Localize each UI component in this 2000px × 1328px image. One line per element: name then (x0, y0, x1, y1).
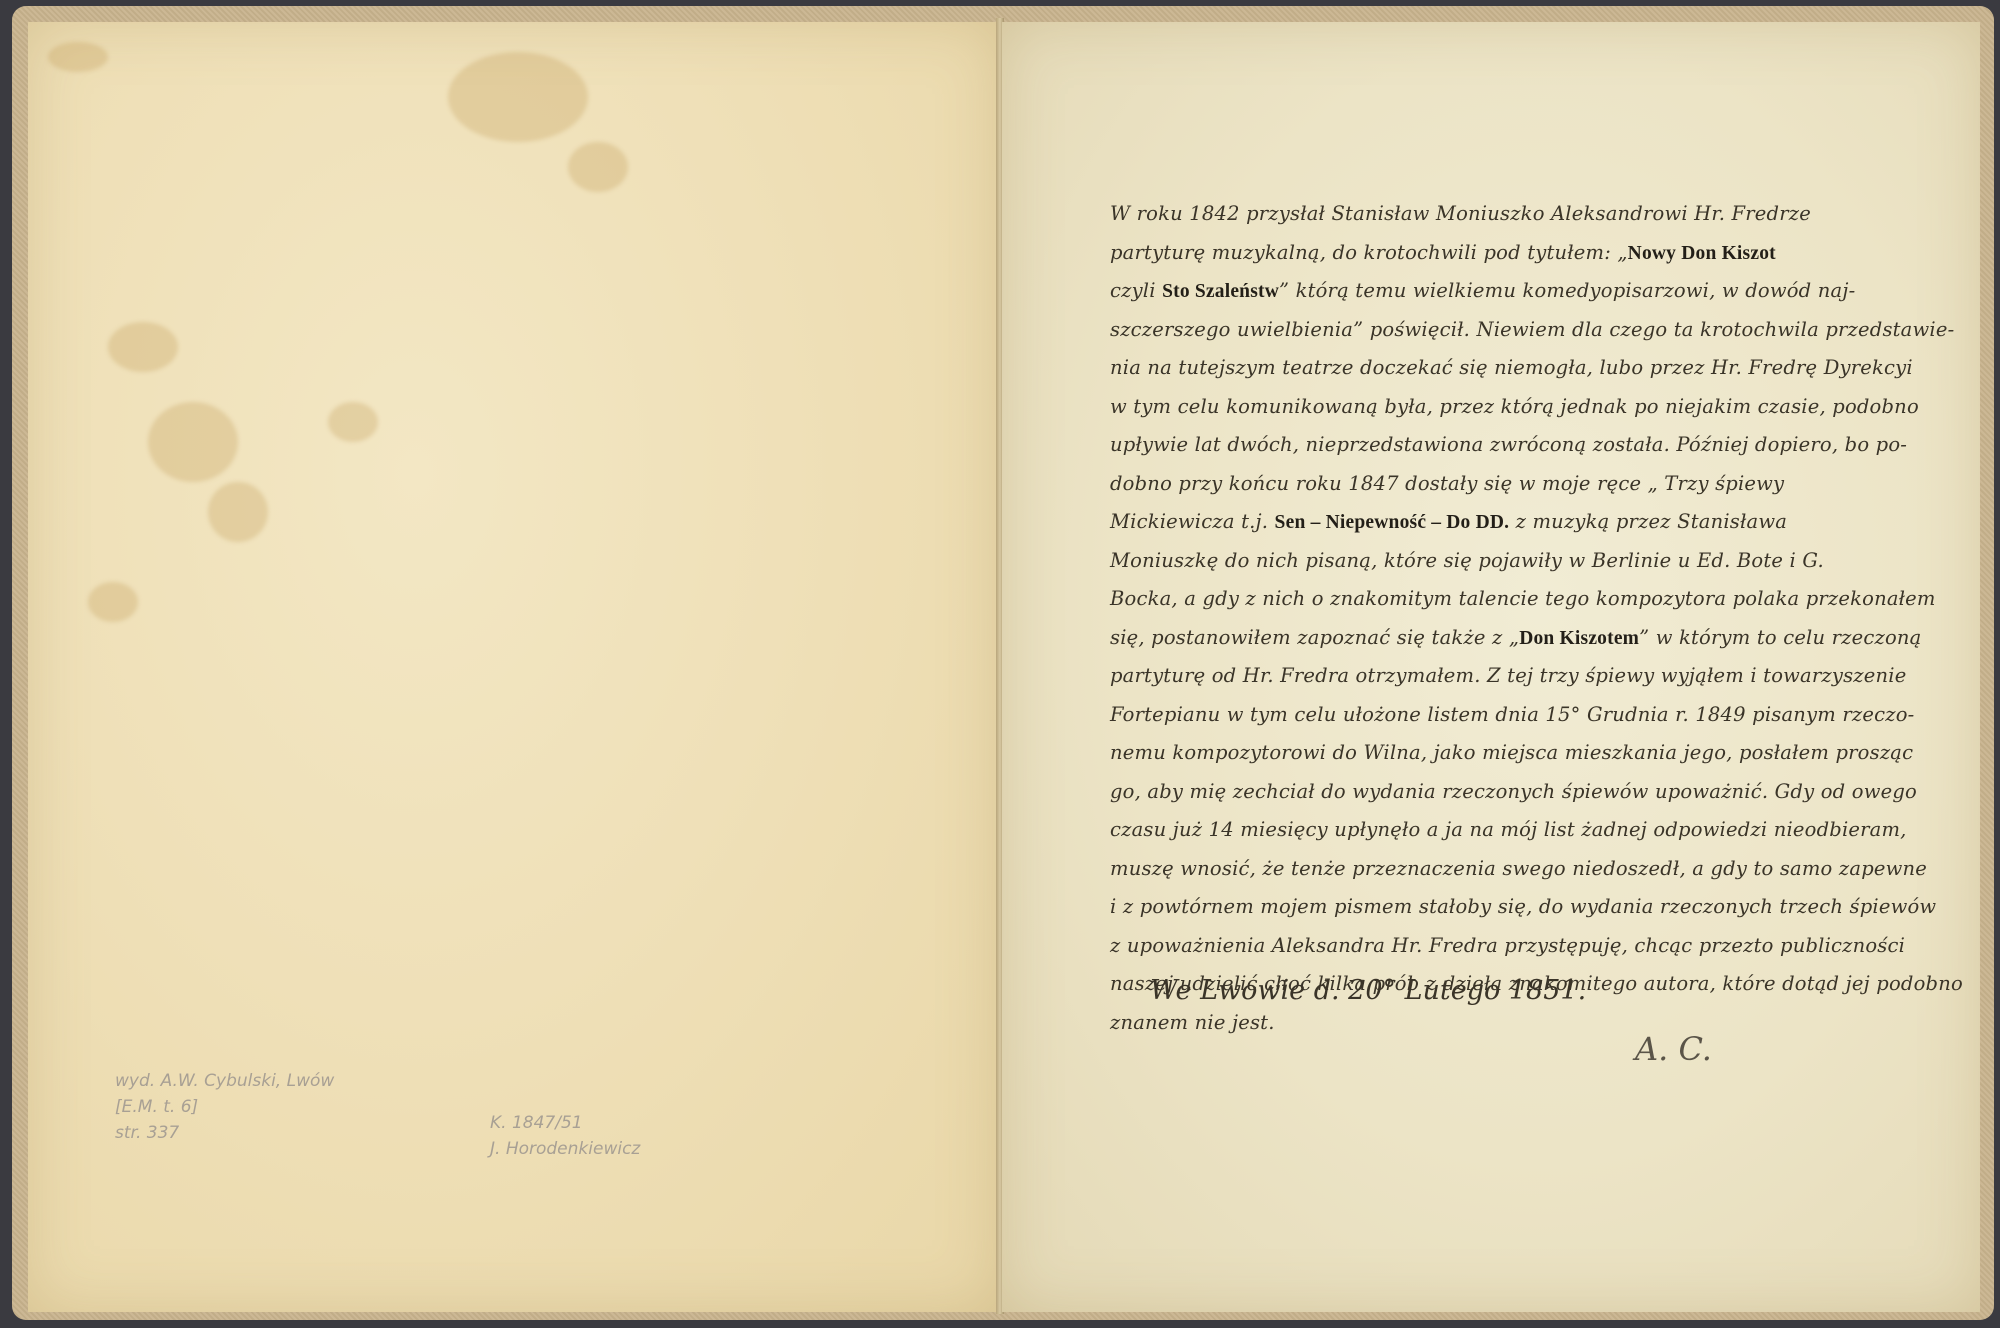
letter-line: się, postanowiłem zapoznać się także z „… (1110, 619, 1850, 658)
letter-title-emphasis: Don Kiszotem (1519, 628, 1639, 649)
letter-text: upływie lat dwóch, nieprzedstawiona zwró… (1110, 433, 1907, 456)
stain (448, 52, 588, 142)
stain (108, 322, 178, 372)
letter-text: muszę wnosić, że tenże przeznaczenia swe… (1110, 857, 1927, 880)
signature-initials: A. C. (1635, 1030, 1712, 1068)
letter-line: Mickiewicza t.j. Sen – Niepewność – Do D… (1110, 503, 1850, 542)
letter-text: i z powtórnem mojem pismem stałoby się, … (1110, 895, 1936, 918)
letter-text: ” w którym to celu rzeczoną (1639, 626, 1921, 649)
stain (568, 142, 628, 192)
letter-text: partyturę od Hr. Fredra otrzymałem. Z te… (1110, 664, 1906, 687)
stain (88, 582, 138, 622)
pencil-note-catalog: K. 1847/51 J. Horodenkiewicz (490, 1110, 640, 1162)
letter-body: W roku 1842 przysłał Stanisław Moniuszko… (1110, 195, 1850, 1042)
catalog-number: K. 1847/51 (490, 1110, 640, 1136)
letter-line: dobno przy końcu roku 1847 dostały się w… (1110, 465, 1850, 504)
letter-line: Fortepianu w tym celu ułożone listem dni… (1110, 696, 1850, 735)
letter-text: z upoważnienia Aleksandra Hr. Fredra prz… (1110, 934, 1905, 957)
letter-text: szczerszego uwielbienia” poświęcił. Niew… (1110, 318, 1954, 341)
letter-line: Bocka, a gdy z nich o znakomitym talenci… (1110, 580, 1850, 619)
letter-line: W roku 1842 przysłał Stanisław Moniuszko… (1110, 195, 1850, 234)
letter-line: czyli Sto Szaleństw” którą temu wielkiem… (1110, 272, 1850, 311)
place-date: We Lwowie d. 20° Lutego 1851. (1150, 975, 1586, 1006)
letter-text: Bocka, a gdy z nich o znakomitym talenci… (1110, 587, 1936, 610)
stain (148, 402, 238, 482)
letter-line: partyturę od Hr. Fredra otrzymałem. Z te… (1110, 657, 1850, 696)
letter-line: muszę wnosić, że tenże przeznaczenia swe… (1110, 850, 1850, 889)
catalog-author: J. Horodenkiewicz (490, 1136, 640, 1162)
letter-title-emphasis: Sto Szaleństw (1162, 281, 1279, 302)
letter-text: Mickiewicza t.j. (1110, 510, 1275, 533)
letter-text: dobno przy końcu roku 1847 dostały się w… (1110, 472, 1784, 495)
letter-line: go, aby mię zechciał do wydania rzeczony… (1110, 773, 1850, 812)
letter-text: w tym celu komunikowaną była, przez któr… (1110, 395, 1919, 418)
letter-text: nemu kompozytorowi do Wilna, jako miejsc… (1110, 741, 1913, 764)
pencil-note-line: wyd. A.W. Cybulski, Lwów (115, 1068, 334, 1094)
letter-line: nemu kompozytorowi do Wilna, jako miejsc… (1110, 734, 1850, 773)
letter-text: Moniuszkę do nich pisaną, które się poja… (1110, 549, 1824, 572)
stain (208, 482, 268, 542)
letter-line: upływie lat dwóch, nieprzedstawiona zwró… (1110, 426, 1850, 465)
letter-line: Moniuszkę do nich pisaną, które się poja… (1110, 542, 1850, 581)
letter-text: z muzyką przez Stanisława (1509, 510, 1787, 533)
letter-line: z upoważnienia Aleksandra Hr. Fredra prz… (1110, 927, 1850, 966)
stain (328, 402, 378, 442)
letter-line: szczerszego uwielbienia” poświęcił. Niew… (1110, 311, 1850, 350)
letter-line: czasu już 14 miesięcy upłynęło a ja na m… (1110, 811, 1850, 850)
letter-line: partyturę muzykalną, do krotochwili pod … (1110, 234, 1850, 273)
letter-text: znanem nie jest. (1110, 1011, 1275, 1034)
letter-text: W roku 1842 przysłał Stanisław Moniuszko… (1110, 202, 1811, 225)
letter-title-emphasis: Nowy Don Kiszot (1628, 243, 1776, 264)
pencil-note-publisher: wyd. A.W. Cybulski, Lwów [E.M. t. 6] str… (115, 1068, 334, 1146)
letter-line: w tym celu komunikowaną była, przez któr… (1110, 388, 1850, 427)
letter-text: partyturę muzykalną, do krotochwili pod … (1110, 241, 1628, 264)
letter-text: czyli (1110, 279, 1162, 302)
letter-text: się, postanowiłem zapoznać się także z „ (1110, 626, 1519, 649)
pencil-note-line: [E.M. t. 6] (115, 1094, 334, 1120)
letter-text: nia na tutejszym teatrze doczekać się ni… (1110, 356, 1913, 379)
letter-line: znanem nie jest. (1110, 1004, 1850, 1043)
letter-line: nia na tutejszym teatrze doczekać się ni… (1110, 349, 1850, 388)
pencil-note-line: str. 337 (115, 1120, 334, 1146)
stain (48, 42, 108, 72)
letter-text: czasu już 14 miesięcy upłynęło a ja na m… (1110, 818, 1907, 841)
letter-text: ” którą temu wielkiemu komedyopisarzowi,… (1279, 279, 1855, 302)
letter-text: go, aby mię zechciał do wydania rzeczony… (1110, 780, 1917, 803)
letter-title-emphasis: Sen – Niepewność – Do DD. (1275, 512, 1510, 533)
letter-line: i z powtórnem mojem pismem stałoby się, … (1110, 888, 1850, 927)
letter-text: Fortepianu w tym celu ułożone listem dni… (1110, 703, 1914, 726)
